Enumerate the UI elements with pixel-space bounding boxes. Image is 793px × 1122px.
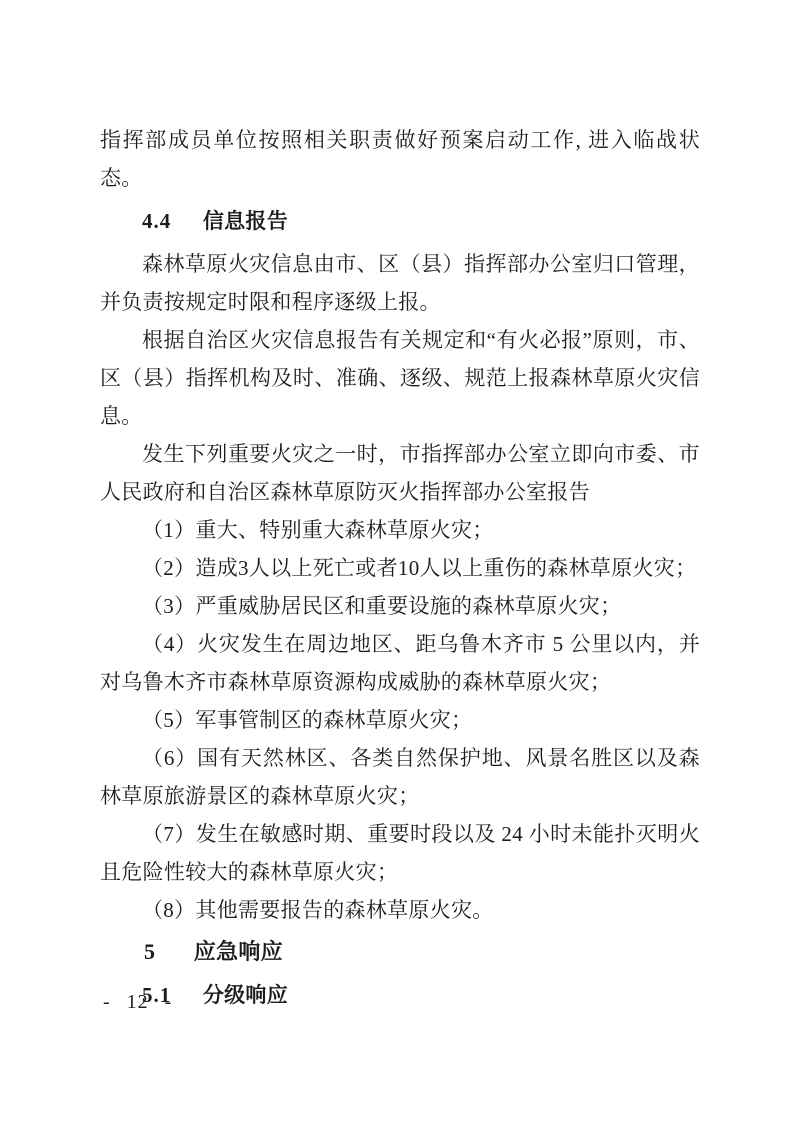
- para-report-trigger: 发生下列重要火灾之一时，市指挥部办公室立即向市委、市人民政府和自治区森林草原防灭…: [100, 435, 700, 511]
- document-body: 指挥部成员单位按照相关职责做好预案启动工作, 进入临战状态。 4.4 信息报告 …: [100, 121, 700, 1019]
- list-item-8: （8）其他需要报告的森林草原火灾。: [100, 891, 700, 929]
- list-item-3: （3）严重威胁居民区和重要设施的森林草原火灾；: [100, 587, 700, 625]
- list-item-2: （2）造成3人以上死亡或者10人以上重伤的森林草原火灾；: [100, 549, 700, 587]
- list-item-6: （6）国有天然林区、各类自然保护地、风景名胜区以及森林草原旅游景区的森林草原火灾…: [100, 739, 700, 815]
- heading-5-1: 5.1 分级响应: [100, 976, 700, 1014]
- paragraph-intro: 指挥部成员单位按照相关职责做好预案启动工作, 进入临战状态。: [100, 121, 700, 197]
- list-item-7: （7）发生在敏感时期、重要时段以及 24 小时未能扑灭明火且危险性较大的森林草原…: [100, 815, 700, 891]
- heading-5: 5 应急响应: [100, 933, 700, 971]
- section-number: 4.4: [142, 209, 171, 233]
- section-title: 信息报告: [203, 209, 288, 233]
- section-title: 分级响应: [203, 983, 288, 1007]
- document-page: 指挥部成员单位按照相关职责做好预案启动工作, 进入临战状态。 4.4 信息报告 …: [0, 0, 793, 1122]
- para-report-management: 森林草原火灾信息由市、区（县）指挥部办公室归口管理，并负责按规定时限和程序逐级上…: [100, 245, 700, 321]
- list-item-5: （5）军事管制区的森林草原火灾；: [100, 701, 700, 739]
- page-number: - 12 -: [103, 991, 172, 1014]
- para-report-rules: 根据自治区火灾信息报告有关规定和“有火必报”原则，市、区（县）指挥机构及时、准确…: [100, 321, 700, 435]
- list-item-1: （1）重大、特别重大森林草原火灾；: [100, 511, 700, 549]
- section-title: 应急响应: [194, 939, 283, 964]
- heading-4-4: 4.4 信息报告: [100, 202, 700, 240]
- list-item-4: （4）火灾发生在周边地区、距乌鲁木齐市 5 公里以内，并对乌鲁木齐市森林草原资源…: [100, 625, 700, 701]
- section-number: 5: [144, 939, 155, 964]
